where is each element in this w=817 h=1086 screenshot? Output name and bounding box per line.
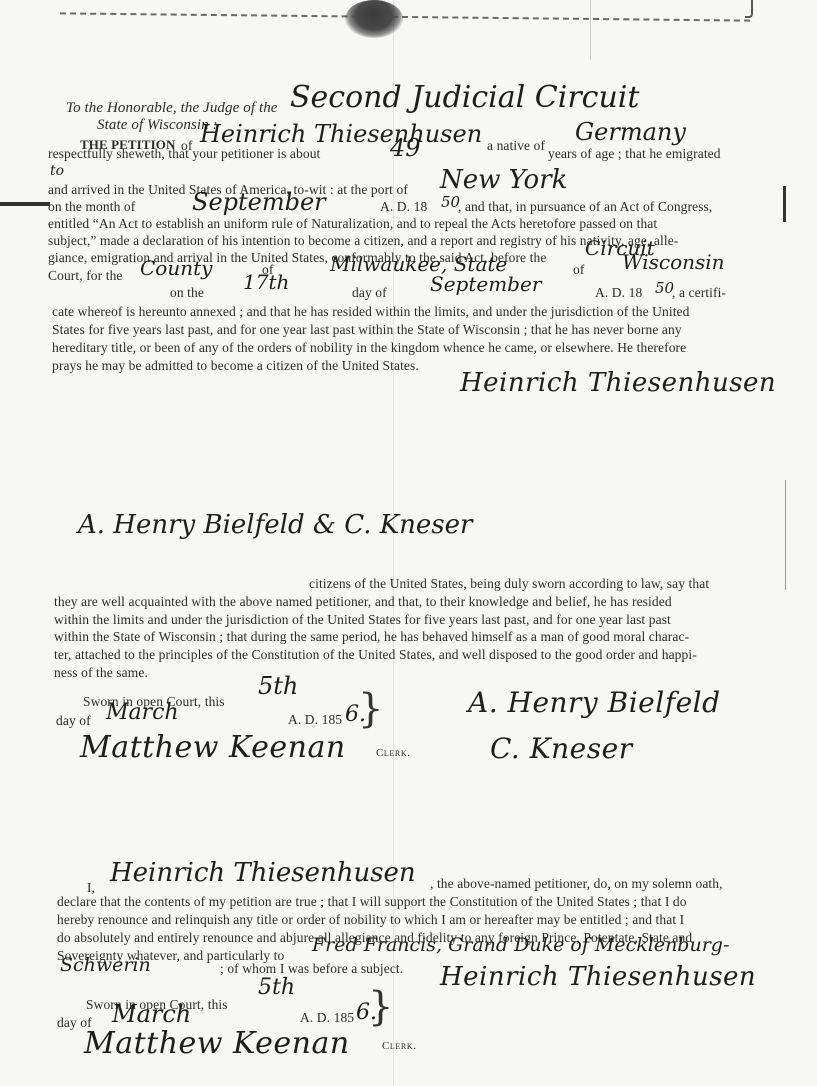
witness-line-1: citizens of the United States, being dul… [309, 576, 709, 592]
native-of-label: a native of [487, 138, 545, 154]
ad-label: A. D. 18 [380, 199, 427, 215]
declaration-month-handwritten: September [430, 272, 541, 296]
oath-line-1: , the above-named petitioner, do, on my … [430, 876, 723, 892]
port-handwritten: New York [440, 165, 567, 195]
declaration-day-handwritten: 17th [243, 270, 289, 294]
bracket: } [358, 686, 383, 732]
sworn-day-handwritten: 5th [258, 975, 295, 1000]
bracket: } [368, 984, 393, 1030]
petition-para-line-2: States for five years last past, and for… [52, 322, 682, 338]
top-border-rule [60, 0, 750, 22]
clerk-signature: Matthew Keenan [80, 730, 346, 765]
sovereign-handwritten: Fred Francis, Grand Duke of Mecklenburg- [312, 934, 729, 956]
top-border-corner [745, 0, 753, 18]
county-word-handwritten: County [140, 256, 212, 280]
ad-label: A. D. 185 [300, 1010, 354, 1026]
clerk-label: Clerk. [376, 747, 411, 759]
oath-petitioner-signature: Heinrich Thiesenhusen [440, 962, 756, 992]
arrival-month-handwritten: September [192, 188, 326, 216]
oath-name-handwritten: Heinrich Thiesenhusen [110, 858, 416, 888]
margin-mark [0, 202, 50, 206]
act-line: entitled “An Act to establish an uniform… [48, 216, 657, 232]
court-for-the-label: Court, for the [48, 268, 123, 284]
petition-para-line-3: hereditary title, or been of any of the … [52, 340, 686, 356]
witness-signature-bielfeld: A. Henry Bielfeld [468, 686, 721, 719]
witness-line-3: within the limits and under the jurisdic… [54, 612, 671, 628]
witness-line-6: ness of the same. [54, 665, 148, 681]
emigrated-to-mark: to [50, 163, 64, 179]
act-line-2: subject,” made a declaration of his inte… [48, 233, 678, 249]
ad-label: A. D. 18 [595, 285, 642, 301]
sworn-month-handwritten: March [106, 700, 179, 725]
oath-line-3: hereby renounce and relinquish any title… [57, 912, 684, 928]
age-handwritten: 49 [390, 134, 421, 162]
court-name-handwritten: Second Judicial Circuit [290, 80, 639, 115]
state-name-handwritten: Wisconsin [622, 250, 725, 274]
salutation: To the Honorable, the Judge of the [66, 100, 278, 117]
native-country-handwritten: Germany [575, 118, 686, 146]
petition-para-line-1: cate whereof is hereunto annexed ; and t… [52, 304, 690, 320]
month-prefix: on the month of [48, 199, 135, 215]
witness-line-2: they are well acquainted with the above … [54, 594, 672, 610]
age-suffix: years of age ; that he emigrated [548, 146, 721, 162]
day-of-label: day of [352, 285, 387, 301]
petitioner-signature: Heinrich Thiesenhusen [460, 368, 776, 398]
sworn-month-handwritten: March [112, 1000, 191, 1028]
act-intro: , and that, in pursuance of an Act of Co… [458, 199, 712, 215]
naturalization-document: To the Honorable, the Judge of the Secon… [0, 0, 817, 1086]
margin-mark [785, 480, 786, 590]
on-the-label: on the [170, 285, 204, 301]
witness-line-5: ter, attached to the principles of the C… [54, 647, 697, 663]
age-prefix: respectfully sheweth, that your petition… [48, 146, 320, 162]
witness-line-4: within the State of Wisconsin ; that dur… [54, 629, 689, 645]
seal-stain [345, 0, 403, 38]
clerk-label: Clerk. [382, 1040, 417, 1052]
sworn-day-handwritten: 5th [258, 672, 298, 700]
certificate-label: , a certifi- [672, 285, 726, 301]
oath-line-6: ; of whom I was before a subject. [220, 961, 403, 977]
witness-names-handwritten: A. Henry Bielfeld & C. Kneser [78, 510, 472, 540]
ad-label: A. D. 185 [288, 712, 342, 728]
petition-para-line-4: prays he may be admitted to become a cit… [52, 358, 419, 374]
sovereign-cont-handwritten: Schwerin [60, 954, 151, 976]
clerk-signature: Matthew Keenan [84, 1026, 350, 1061]
petitioner-name-handwritten: Heinrich Thiesenhusen [200, 120, 482, 148]
day-of-label: day of [56, 713, 91, 729]
of-label: of [573, 262, 584, 278]
witness-signature-kneser: C. Kneser [490, 732, 633, 765]
margin-mark [783, 186, 786, 222]
oath-line-2: declare that the contents of my petition… [57, 894, 687, 910]
